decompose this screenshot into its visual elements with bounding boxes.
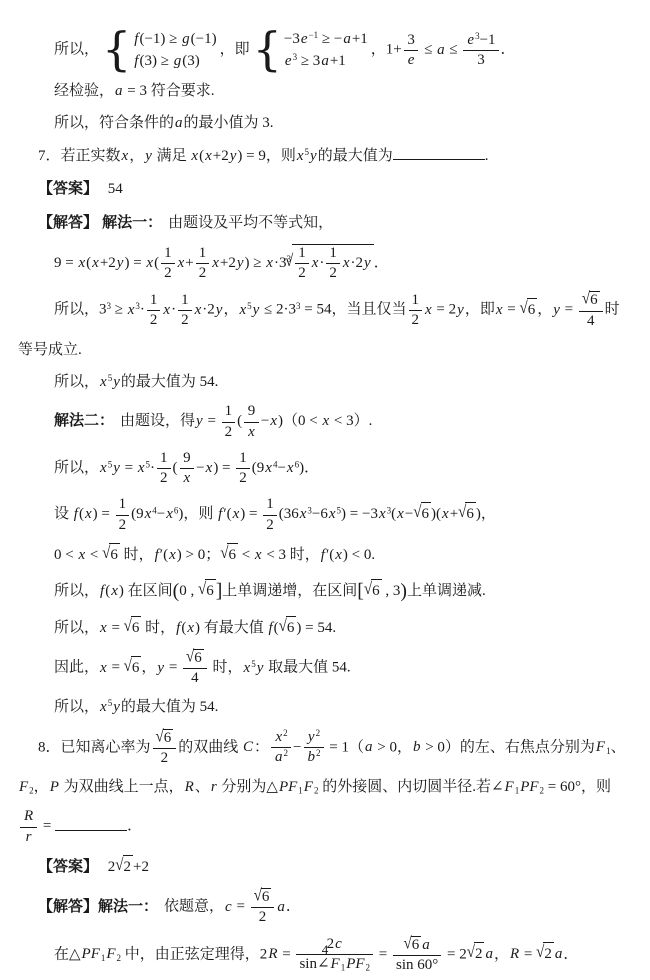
math-variable: x [274,729,283,745]
text-run: 6 [287,620,295,636]
paragraph: 所以，x5y的最大值为 54. [18,696,638,719]
text-run: ·2 [202,302,215,318]
cases-row: f(−1) ≥ g(−1) [133,30,216,49]
text-run: 6 [228,547,236,563]
text-run: (−1) ≥ [139,31,181,47]
math-variable: y [112,460,121,476]
paragraph: 所以，33 ≥ x3·12x·12x·2y，x5y ≤ 2·33 = 54，当且… [18,291,638,330]
text-run: 2 [239,470,247,486]
math-fraction: 12 [161,245,175,283]
math-variable: x [190,148,199,164]
math-variable: x [247,424,256,440]
math-variable: R [23,808,34,824]
text-run: ，1+ [371,42,402,58]
text-run: (36 [279,506,299,522]
big-delimiter: ) [400,580,407,602]
radicand: 6 [193,649,204,667]
text-run: ． [374,255,389,271]
radicand: 6 [261,888,272,906]
paragraph: 所以，x5y的最大值为 54. [18,371,638,394]
math-variable: g [173,53,183,69]
fraction-denominator: 3 [463,51,498,69]
math-variable: x [186,620,195,636]
text-run: 2 [266,517,274,533]
fraction-denominator: x [244,423,259,441]
paragraph: 所以，{f(−1) ≥ g(−1)f(3) ≥ g(3)，即{−3e−1 ≥ −… [18,30,638,71]
text-run: 4 [587,313,595,329]
radical-sign-icon: √ [102,541,110,567]
radical-sign-icon: √ [124,614,132,640]
radicand: 2 [123,855,134,879]
text-run: 上单调递减. [407,583,486,599]
math-variable: y [144,148,153,164]
text-run: )（0 < [278,413,321,429]
math-variable: y [236,255,245,271]
radicand: 6 [286,616,297,640]
math-variable: x [145,255,154,271]
text-run: ， [141,660,156,676]
paragraph: 所以，x = √6 时，f(x) 有最大值 f(√6) = 54. [18,616,638,640]
math-variable: y [156,660,165,676]
text-run: 满足 [153,148,191,164]
text-run: 的最小值为 3. [184,115,274,131]
text-run: 的最大值为 [318,148,393,164]
text-run: 1 [239,450,247,466]
text-run: 为双曲线上一点， [60,779,184,795]
text-run: ′( [160,547,168,563]
math-fraction: 9x [244,403,259,441]
text-run: = [504,302,520,318]
math-variable: g [181,31,191,47]
math-variable: y [363,255,372,271]
math-cases: {f(−1) ≥ g(−1)f(3) ≥ g(3) [102,30,217,71]
text-run: − [277,460,285,476]
math-variable: a [342,31,352,47]
text-run: 1 [225,403,233,419]
fraction-numerator: 1 [147,292,161,311]
text-run: 时， [120,547,154,563]
text-run: ，即 [220,42,250,58]
text-run: 1 [266,496,274,512]
text-run: 6 [206,583,214,599]
paragraph: 8．已知离心率为√62的双曲线 C：x2a2−y2b2 = 1（a > 0，b … [18,729,638,768]
math-variable: x [168,547,177,563]
paragraph: 解法二：由题设，得y = 12(9x−x)（0 < x < 3）. [18,403,638,441]
math-variable: a [114,83,124,99]
text-run: 2 [412,312,420,328]
text-run: )，则 [178,506,217,522]
text-run: 1 [412,292,420,308]
fraction-numerator: x2 [271,729,291,748]
math-variable: x [137,460,146,476]
text-run: 上单调递增，在区间 [222,583,357,599]
radicand: 6 [589,291,600,309]
radical-sign-icon: √ [413,501,421,527]
math-variable: x [165,506,174,522]
fraction-denominator: x [180,469,195,487]
text-run: ′( [326,547,334,563]
fraction-numerator: 1 [295,245,309,264]
math-variable: x [243,660,252,676]
paragraph: 经检验，a = 3 符合要求. [18,80,638,103]
math-fraction: y2b2 [304,729,324,767]
math-variable: x [269,413,278,429]
paragraph: 【答案】 2√2+2 [18,855,638,879]
radical-sign-icon: √ [458,501,466,527]
math-variable: x [205,460,214,476]
fraction-numerator: 1 [236,450,250,469]
math-variable: x [177,255,186,271]
fraction-denominator: b2 [304,748,324,766]
text-run: (3) ≥ [139,53,172,69]
math-variable: x [99,460,108,476]
radical-sign-icon: √ [582,290,590,309]
text-run: ， [34,779,49,795]
text-run: 取最大值 54. [264,660,350,676]
math-variable: y [252,302,261,318]
math-fraction: 12 [116,496,130,534]
fraction-numerator: e3−1 [463,32,498,51]
paragraph: 7．若正实数x，y 满足 x(x+2y) = 9，则x5y的最大值为. [18,144,638,168]
text-run: ) = [240,506,261,522]
radical-sign-icon: √ [186,648,194,667]
text-run: (3) [182,53,200,69]
text-run: +2 [213,148,229,164]
text-run: 6 [590,292,598,308]
math-variable: y [307,729,316,745]
text-run: ) = 54. [296,620,336,636]
math-variable: F [303,779,314,795]
math-variable: e [407,52,416,68]
bold-label: 解法二： [54,412,114,429]
fraction-numerator: 1 [196,245,210,264]
text-run: ) ≥ [245,255,266,271]
paragraph: 【解答】 解法一：由题设及平均不等式知， [18,211,638,235]
text-run: 依题意， [164,899,224,915]
fraction-denominator: 2 [222,423,236,441]
text-run: (9 [131,506,144,522]
text-run: 2 [199,265,207,281]
text-run: ： [254,739,269,755]
math-variable: y [112,374,121,390]
text-run: ≤ 2·3 [260,302,296,318]
math-variable: F [595,739,606,755]
text-run: −6 [312,506,328,522]
math-variable: x [286,460,295,476]
text-run: 经检验， [54,83,114,99]
text-run: −1 [480,32,496,48]
fraction-denominator: a2 [271,748,291,766]
math-variable: a [436,42,446,58]
paragraph: 所以，符合条件的a的最小值为 3. [18,112,638,135]
text-run: , 3 [382,583,401,599]
math-variable: x [378,506,387,522]
bold-label: 【解答】 解法一： [38,214,162,231]
radicand: 6 [109,543,120,567]
radical-sign-icon: √ [115,853,123,879]
math-variable: x [144,506,153,522]
math-variable: x [328,506,337,522]
superscript: 2 [283,728,288,738]
math-sqrt: √6 [198,579,216,603]
math-variable: PF [278,779,298,795]
math-sqrt: √6 [582,291,600,309]
radicand: 6 [465,502,476,526]
left-brace-icon: { [253,31,282,69]
math-variable: x [99,660,108,676]
math-fraction: x2a2 [271,729,291,767]
paragraph: 【答案】 54 [18,177,638,201]
math-variable: x [265,255,274,271]
text-run: ( [154,255,159,271]
math-sqrt: √6 [102,543,120,567]
radical-sign-icon: √ [279,614,287,640]
fraction-numerator: R [20,808,37,827]
fraction-numerator: 1 [326,245,340,264]
math-sqrt: √6 [124,616,142,640]
radicand: 6 [371,579,382,603]
fraction-denominator: r [20,828,37,846]
text-run: 2 [124,859,132,875]
math-fraction: 12 [326,245,340,283]
cases-rows: −3e−1 ≥ −a+1e3 ≥ 3a+1 [284,30,368,71]
text-run: ． [501,42,516,58]
page-number: 4 [322,942,329,957]
text-run: 2 [161,750,169,766]
math-variable: x [424,302,433,318]
fraction-denominator: e [404,51,419,69]
fraction-denominator: 2 [153,749,177,767]
fraction-denominator: 4 [183,669,207,687]
text-run: = 3 符合要求. [124,83,215,99]
bold-label: 【解答】解法一： [38,898,158,915]
math-variable: P [49,779,60,795]
text-run: 6 [110,547,118,563]
paragraph: 所以，f(x) 在区间(0 , √6]上单调递增，在区间[√6 , 3)上单调递… [18,576,638,607]
math-variable: y [552,302,561,318]
math-variable: x [254,547,263,563]
math-fraction: √62 [251,888,275,927]
text-run: 8．已知离心率为 [38,739,151,755]
math-variable: R [184,779,195,795]
math-variable: a [320,53,330,69]
cases-row: −3e−1 ≥ −a+1 [284,30,368,49]
fraction-denominator: sin 60° [393,956,441,974]
math-variable: x [162,302,171,318]
math-fraction: 3e [404,32,419,70]
math-variable: x [204,148,213,164]
fraction-numerator: √6 [183,649,207,669]
text-run: = 1（ [326,739,364,755]
left-brace-icon: { [102,31,131,69]
math-nth-root: 3√12x·12x·2y [286,244,373,283]
text-run: 1 [160,450,168,466]
math-fraction: 12 [409,292,423,330]
text-run: 分别为△ [218,779,278,795]
text-run: ) = 9，则 [237,148,295,164]
text-run: 9 [183,450,191,466]
text-run: 2 [164,265,172,281]
text-run: 6 [164,730,172,746]
fraction-numerator: 1 [157,450,171,469]
math-sqrt: √6 [220,543,238,567]
root-index: 3 [286,254,291,264]
paragraph: F2，P 为双曲线上一点，R、r 分别为△PF1F2 的外接圆、内切圆半径.若∠… [18,776,638,799]
fraction-numerator: √6 [579,291,603,311]
radical-sign-icon: √ [124,654,132,680]
text-run: ( [173,460,178,476]
math-variable: y [456,302,465,318]
text-run: 2 [225,424,233,440]
answer-blank [393,144,485,160]
text-run: 0 , [179,583,198,599]
text-run: ， [129,148,144,164]
math-variable: x [77,547,86,563]
fraction-denominator: 2 [116,516,130,534]
text-run: 1 [164,245,172,261]
paragraph: 等号成立. [18,339,638,362]
superscript: 2 [284,748,289,758]
text-run: 2 [150,312,158,328]
text-run: 1 [329,245,337,261]
text-run: < 3 时， [263,547,320,563]
math-variable: PF [345,956,365,972]
text-run: 54 [104,181,123,197]
math-variable: x [77,255,86,271]
text-run: 6 [262,889,270,905]
text-run: 时， [209,660,243,676]
paragraph: 【解答】解法一：依题意，c = √62a． [18,888,638,927]
fraction-numerator: 3 [404,32,419,51]
math-variable: b [307,749,317,765]
math-fraction: 12 [263,496,277,534]
text-run: ． [286,899,301,915]
text-run: 时， [141,620,175,636]
math-sqrt: √6 [156,729,174,747]
math-variable: x [264,460,273,476]
text-run: 2 [160,470,168,486]
math-variable: y [309,148,318,164]
radicand: 6 [527,298,538,322]
text-run: ) 有最大值 [195,620,268,636]
paragraph: 所以，x5y = x5·12(9x−x) = 12(9x4−x6)． [18,450,638,488]
math-fraction: √62 [153,729,177,768]
text-run: 的双曲线 [178,739,242,755]
math-fraction: Rr [20,808,37,846]
math-variable: r [25,829,33,845]
fraction-numerator: √6 [153,729,177,749]
text-run: ( [237,413,242,429]
document-page: 所以，{f(−1) ≥ g(−1)f(3) ≥ g(3)，即{−3e−1 ≥ −… [0,0,650,980]
text-run: −3 [284,31,300,47]
big-delimiter: [ [357,580,364,602]
math-variable: x [495,302,504,318]
fraction-denominator: 2 [263,516,277,534]
math-variable: x [342,255,351,271]
subscript: 2 [366,963,371,973]
text-run: ) = [124,255,145,271]
text-run: 1 [199,245,207,261]
math-sqrt: √6 [279,616,297,640]
text-run: ． [127,819,142,835]
text-run: +2 [133,859,149,875]
math-variable: y [195,413,204,429]
radical-sign-icon: √ [220,541,228,567]
text-run: )， [476,506,496,522]
fraction-denominator: 2 [147,311,161,329]
text-run: 1 [298,245,306,261]
math-variable: x [194,302,203,318]
text-run: ，即 [465,302,495,318]
text-run: 1 [150,292,158,308]
fraction-numerator: y2 [304,729,324,748]
text-run: = [165,660,181,676]
math-variable: r [210,779,218,795]
text-run: · [319,255,324,271]
math-fraction: 12 [178,292,192,330]
math-variable: x [296,148,305,164]
text-run: 6 [528,302,536,318]
text-run: +1 [352,31,368,47]
superscript: 2 [316,728,321,738]
text-run: ) = [213,460,234,476]
fraction-numerator: 9 [244,403,259,422]
text-run: ·2 [351,255,364,271]
math-variable: x [211,255,220,271]
fraction-numerator: √6 [251,888,275,908]
text-run: 所以， [54,699,99,715]
math-variable: x [232,506,241,522]
text-run: = [108,620,124,636]
fraction-denominator: 2 [251,908,275,926]
text-run: 因此， [54,660,99,676]
math-fraction: 12 [236,450,250,488]
text-run: = [108,660,124,676]
text-run: 所以，3 [54,302,107,318]
text-run: 所以， [54,583,99,599]
text-run: 设 [54,506,73,522]
math-variable: y [112,699,121,715]
text-run: ) 在区间 [119,583,173,599]
cases-rows: f(−1) ≥ g(−1)f(3) ≥ g(3) [133,30,216,71]
text-run: ， [537,302,552,318]
text-run: +2 [100,255,116,271]
text-run: < [86,547,102,563]
math-fraction: 12 [222,403,236,441]
text-run: 3 [477,52,485,68]
paragraph: 9 = x(x+2y) = x(12x+12x+2y) ≥ x·33√12x·1… [18,244,638,283]
paragraph: 0 < x < √6 时，f′(x) > 0；√6 < x < 3 时，f′(x… [18,543,638,567]
math-fraction: 12 [196,245,210,283]
math-fraction: √64 [579,291,603,330]
text-run: . [485,148,489,164]
text-run: ， [223,302,238,318]
text-run: ′( [223,506,231,522]
text-run: 0 < [54,547,77,563]
text-run: 6 [132,620,140,636]
text-run: 7．若正实数 [38,148,121,164]
text-run: 2 [119,517,127,533]
text-run: = 2 [433,302,456,318]
text-run: = [39,819,55,835]
text-run: ≥ 3 [297,53,320,69]
text-run: 等号成立. [18,342,82,358]
bold-label: 【答案】 [38,858,98,875]
text-run: ≥ [111,302,127,318]
text-run: 2 [104,859,115,875]
text-run: > 0）的左、右焦点分别为 [421,739,594,755]
math-variable: x [84,506,93,522]
